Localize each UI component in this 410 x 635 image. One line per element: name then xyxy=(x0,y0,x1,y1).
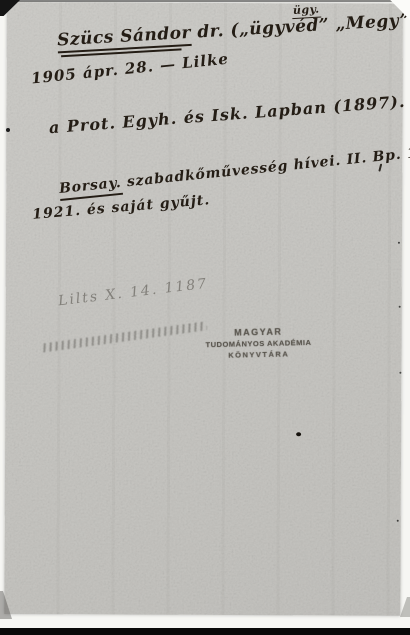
left-edge-dot xyxy=(6,128,10,132)
handwritten-line-reference: Borsay. szabadkőművesség hívei. II. Bp. … xyxy=(58,145,410,197)
library-stamp: MAGYAR TUDOMÁNYOS AKADÉMIA KÖNYVTÁRA xyxy=(199,326,318,361)
handwritten-line-author: ügy. Szücs Sándor dr. („ügyvéd” „Megy” í… xyxy=(57,8,410,51)
ink-blot xyxy=(296,432,301,436)
stamp-line-2: TUDOMÁNYOS AKADÉMIA xyxy=(199,338,317,350)
paper-streaks xyxy=(4,2,403,616)
scan-edge-top xyxy=(6,0,410,2)
underlined-author-name: Szücs Sándor xyxy=(57,23,192,58)
stray-pen-mark xyxy=(378,164,382,172)
stamp-line-1: MAGYAR xyxy=(199,326,317,339)
handwritten-line-source: a Prot. Egyh. és Isk. Lapban (1897). xyxy=(48,92,406,137)
superscript-abbreviation: ügy. xyxy=(292,2,321,19)
paper-grain-texture xyxy=(4,2,403,616)
edge-specks xyxy=(398,242,400,244)
paper: ügy. Szücs Sándor dr. („ügyvéd” „Megy” í… xyxy=(4,2,403,616)
scan-corner-bottom-right xyxy=(400,597,410,617)
reference-line-rest: szabadkőművesség hívei. II. Bp. 1 xyxy=(121,145,410,191)
pencil-shelfmark-note: Lilts X. 14. 1187 xyxy=(57,276,209,310)
faded-scribble-mark xyxy=(40,321,208,353)
handwritten-line-year: 1921. és saját gyűjt. xyxy=(32,192,211,223)
stamp-line-3: KÖNYVTÁRA xyxy=(200,349,318,361)
scan-edge-bottom xyxy=(0,628,410,635)
scanned-page: ügy. Szücs Sándor dr. („ügyvéd” „Megy” í… xyxy=(0,0,410,635)
underlined-reference-name: Borsay. xyxy=(58,175,122,201)
